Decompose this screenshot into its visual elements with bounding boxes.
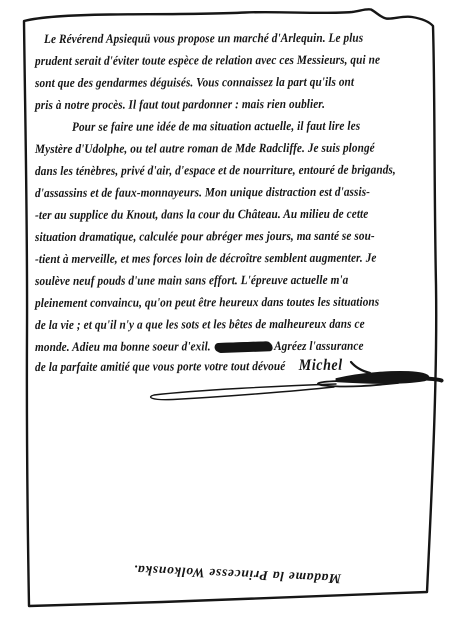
letter-line: soulève neuf pouds d'une main sans effor… bbox=[35, 271, 348, 290]
letter-line: sont que des gendarmes déguisés. Vous co… bbox=[35, 73, 354, 92]
letter-body: Le Révérend Apsiequü vous propose un mar… bbox=[0, 0, 458, 640]
letter-line: prudent serait d'éviter toute espèce de … bbox=[35, 51, 380, 70]
letter-line-with-erasure: monde. Adieu ma bonne soeur d'exil. Agré… bbox=[35, 337, 364, 356]
letter-line: situation dramatique, calculée pour abré… bbox=[35, 227, 375, 246]
letter-line: pris à notre procès. Il faut tout pardon… bbox=[35, 95, 325, 114]
letter-line: pleinement convaincu, qu'on peut être he… bbox=[35, 293, 379, 312]
letter-line: -ter au supplice du Knout, dans la cour … bbox=[35, 205, 368, 224]
letter-line: dans les ténèbres, privé d'air, d'espace… bbox=[35, 161, 396, 180]
scribbled-out-word bbox=[215, 341, 272, 352]
letter-line: de la vie ; et qu'il n'y a que les sots … bbox=[35, 315, 365, 334]
letter-line: Mystère d'Udolphe, ou tel autre roman de… bbox=[35, 139, 375, 158]
closing-line: de la parfaite amitié que vous porte vot… bbox=[35, 357, 343, 376]
letter-line: d'assassins et de faux-monnayeurs. Mon u… bbox=[35, 183, 370, 202]
letter-line: Le Révérend Apsiequü vous propose un mar… bbox=[44, 29, 363, 48]
closing-text: de la parfaite amitié que vous porte vot… bbox=[35, 359, 285, 374]
letter-page: Le Révérend Apsiequü vous propose un mar… bbox=[0, 0, 458, 640]
letter-line: Pour se faire une idée de ma situation a… bbox=[35, 117, 360, 136]
erasure-line-after: Agréez l'assurance bbox=[274, 337, 364, 355]
letter-line: -tient à merveille, et mes forces loin d… bbox=[35, 249, 377, 268]
address-upside-down: Madame la Princesse Wolkonska. bbox=[128, 561, 346, 586]
erasure-line-before: monde. Adieu ma bonne soeur d'exil. bbox=[35, 337, 211, 356]
signature: Michel bbox=[299, 357, 343, 375]
